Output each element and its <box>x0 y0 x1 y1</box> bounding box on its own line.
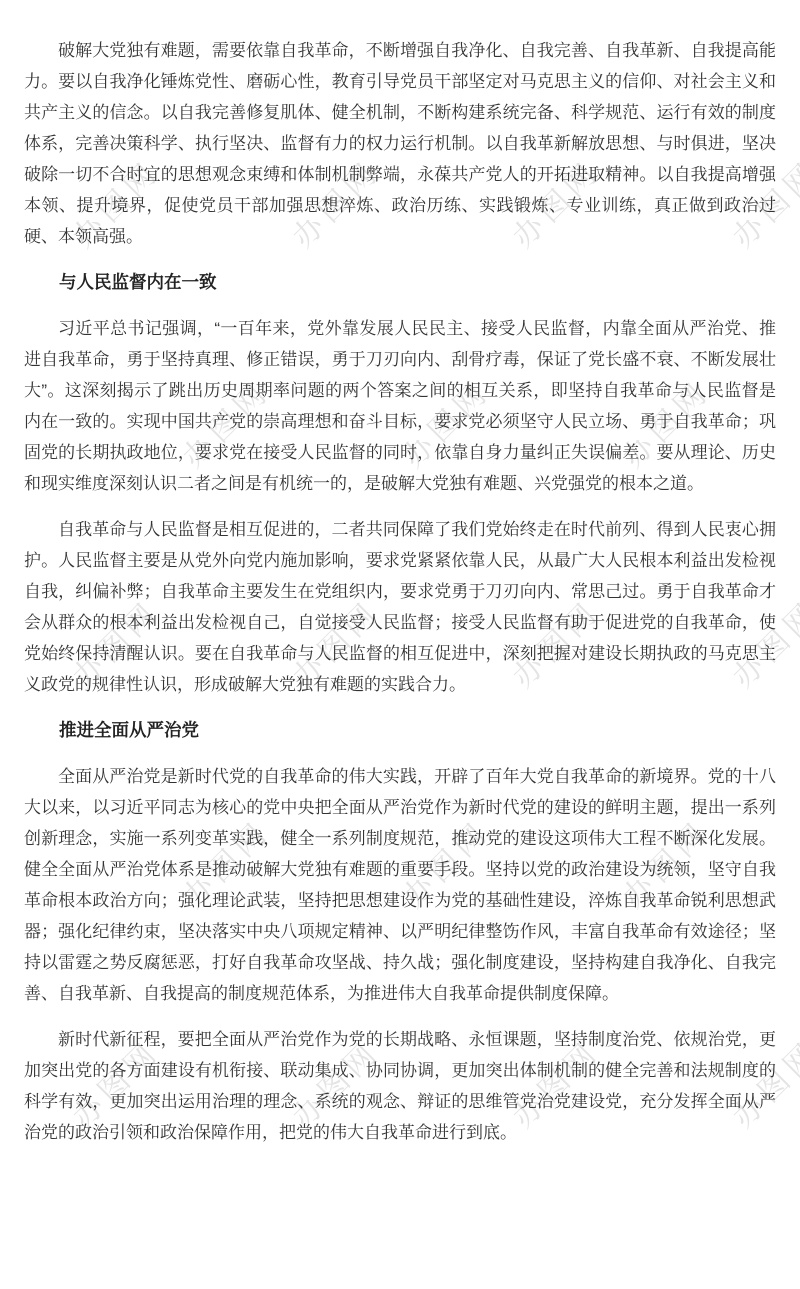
section-heading: 与人民监督内在一致 <box>24 267 776 298</box>
paragraph: 破解大党独有难题，需要依靠自我革命，不断增强自我净化、自我完善、自我革新、自我提… <box>24 35 776 252</box>
document-page: 办图网办图网办图网办图网办图网办图网办图网办图网办图网办图网办图网办图网办图网办… <box>0 0 800 1289</box>
paragraph: 自我革命与人民监督是相互促进的，二者共同保障了我们党始终走在时代前列、得到人民衷… <box>24 514 776 700</box>
section-heading: 推进全面从严治党 <box>24 715 776 746</box>
article-body: 破解大党独有难题，需要依靠自我革命，不断增强自我净化、自我完善、自我革新、自我提… <box>0 0 800 1148</box>
paragraph: 习近平总书记强调，“一百年来，党外靠发展人民民主、接受人民监督，内靠全面从严治党… <box>24 313 776 499</box>
paragraph: 全面从严治党是新时代党的自我革命的伟大实践，开辟了百年大党自我革命的新境界。党的… <box>24 761 776 1009</box>
paragraph: 新时代新征程，要把全面从严治党作为党的长期战略、永恒课题，坚持制度治党、依规治党… <box>24 1024 776 1148</box>
